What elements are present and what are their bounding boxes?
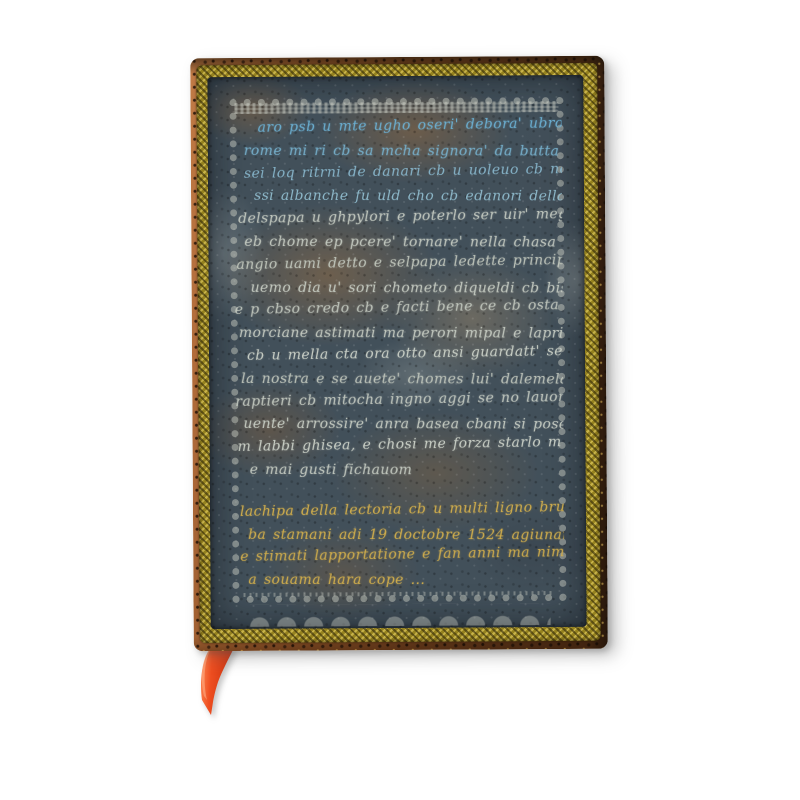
- cover-field: aro psb u mte ugho oseri' debora' ubrom …: [207, 75, 586, 629]
- handwriting-block: aro psb u mte ugho oseri' debora' ubrom …: [244, 115, 564, 482]
- script-line: aro psb u mte ugho oseri' debora' ubrom: [257, 112, 561, 139]
- handwriting-gold-block: lachipa della lectoria cb u multi ligno …: [240, 499, 565, 591]
- script-line: e p cbso credo cb e facti bene ce cb ost…: [235, 295, 563, 323]
- gold-script-line: lachipa della lectoria cb u multi ligno …: [240, 496, 564, 523]
- gold-script-line: a souama hara cope ...: [248, 568, 564, 591]
- product-photo: aro psb u mte ugho oseri' debora' ubrom …: [0, 0, 800, 800]
- script-line: m labbi ghisea, e chosi me forza starlo …: [237, 431, 563, 459]
- bookmark-ribbon: [196, 644, 242, 720]
- journal-front-cover: aro psb u mte ugho oseri' debora' ubrom …: [190, 56, 608, 652]
- script-line: cb u mella cta ora otto ansi guardatt' s…: [247, 340, 563, 367]
- lace-scallop-band: [247, 603, 551, 627]
- script-line: angio uami detto e selpapa ledette princ…: [236, 249, 562, 277]
- script-line: delspapa u ghpylori e poterlo ser uir' m…: [238, 203, 562, 231]
- gold-script-line: e stimati lapportatione e fan anni ma ni…: [240, 541, 564, 568]
- script-line: sei loq ritrni de danari cb u uoleuo cb …: [244, 158, 562, 186]
- script-line: e mai gusti fichauom: [250, 459, 564, 482]
- script-line: raptieri cb mitocha ingno aggi se no lau…: [235, 386, 563, 414]
